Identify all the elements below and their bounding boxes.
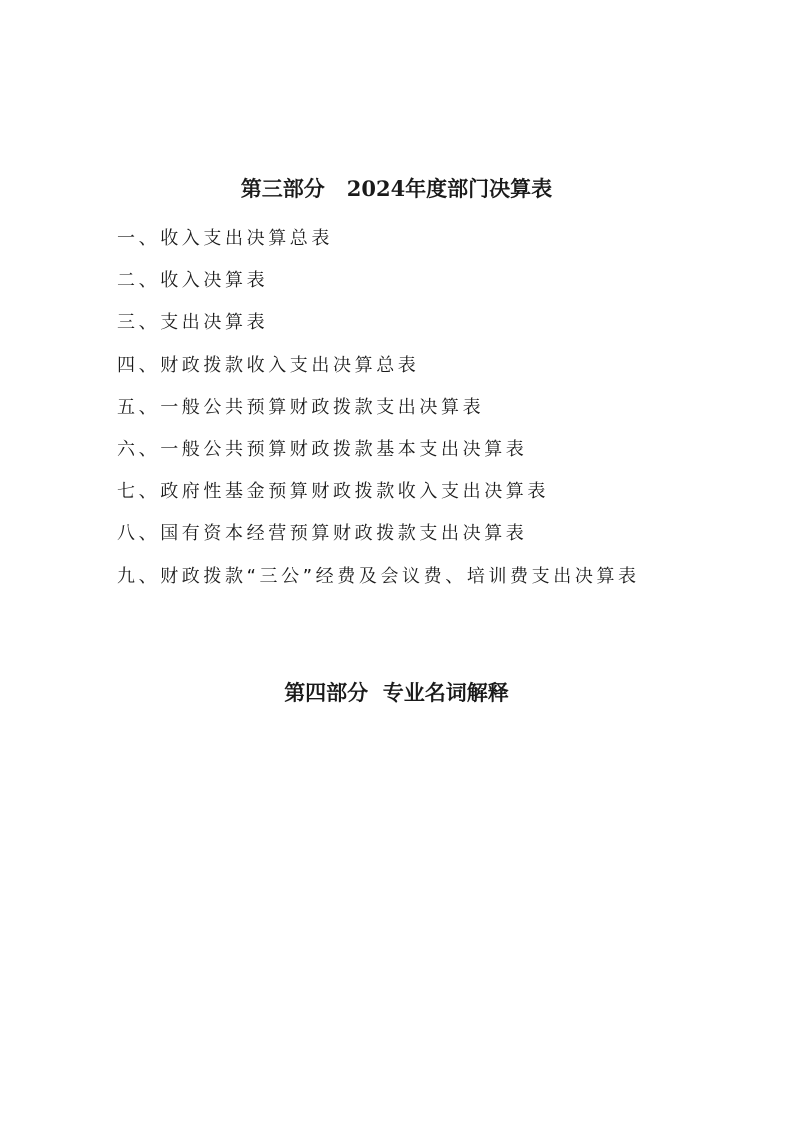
list-item: 七、政府性基金预算财政拨款收入支出决算表 [117,471,640,513]
list-item: 九、财政拨款“三公”经费及会议费、培训费支出决算表 [117,556,640,598]
list-item: 三、支出决算表 [117,302,640,344]
list-item: 二、收入决算表 [117,260,640,302]
document-page: 第三部分 2024年度部门决算表 一、收入支出决算总表 二、收入决算表 三、支出… [0,0,793,1122]
list-item: 一、收入支出决算总表 [117,218,640,260]
list-item: 五、一般公共预算财政拨款支出决算表 [117,387,640,429]
part4-heading: 第四部分 专业名词解释 [0,679,793,707]
part3-heading: 第三部分 2024年度部门决算表 [0,175,793,203]
part3-table-list: 一、收入支出决算总表 二、收入决算表 三、支出决算表 四、财政拨款收入支出决算总… [117,218,640,598]
list-item: 四、财政拨款收入支出决算总表 [117,345,640,387]
list-item: 八、国有资本经营预算财政拨款支出决算表 [117,513,640,555]
list-item: 六、一般公共预算财政拨款基本支出决算表 [117,429,640,471]
